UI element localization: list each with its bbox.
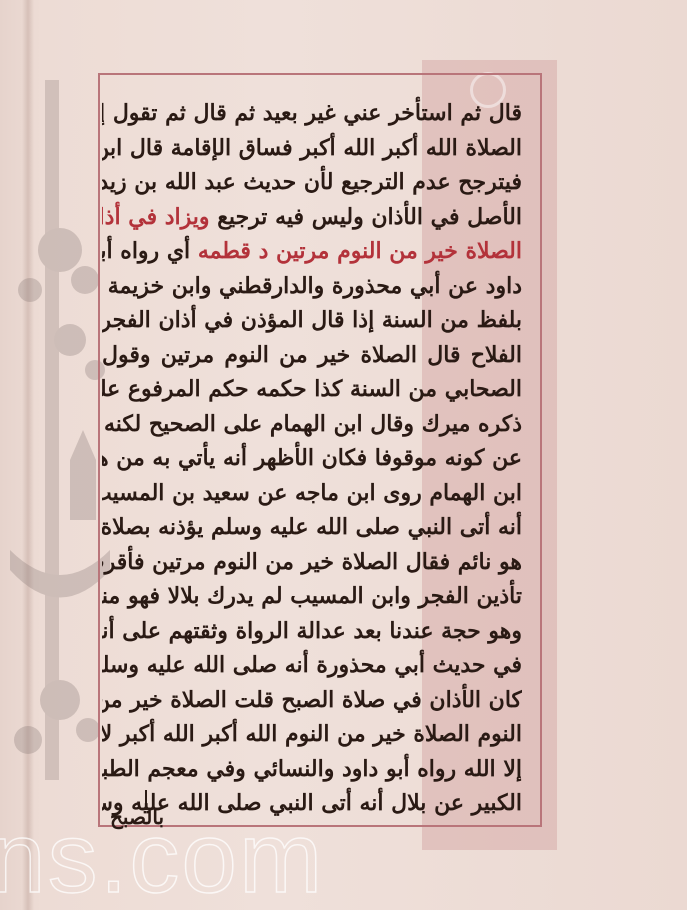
text-line-4-main: الأصل في الأذان وليس فيه ترجيع bbox=[217, 204, 522, 230]
text-line-9: الصحابي من السنة كذا حكمه حكم المرفوع عل… bbox=[102, 372, 522, 407]
text-line-10: ذكره ميرك وقال ابن الهمام على الصحيح لكن… bbox=[102, 407, 522, 442]
text-line-2: الصلاة الله أكبر الله أكبر فساق الإقامة … bbox=[102, 131, 522, 166]
text-line-13: أنه أتى النبي صلى الله عليه وسلم يؤذنه ب… bbox=[102, 510, 522, 545]
text-line-4: الأصل في الأذان وليس فيه ترجيع ويزاد في … bbox=[102, 200, 522, 235]
text-line-5-tail: أي رواه أبو bbox=[102, 238, 190, 264]
text-line-7: بلفظ من السنة إذا قال المؤذن في أذان الف… bbox=[102, 303, 522, 338]
text-line-12: ابن الهمام روى ابن ماجه عن سعيد بن المسي… bbox=[102, 476, 522, 511]
text-line-1: قال ثم استأخر عني غير بعيد ثم قال ثم تقو… bbox=[102, 96, 522, 131]
background-mosque-motif-icon bbox=[0, 80, 110, 780]
manuscript-page: قال ثم استأخر عني غير بعيد ثم قال ثم تقو… bbox=[0, 0, 687, 910]
text-line-4-rubric: ويزاد في أذان الصبح bbox=[102, 204, 210, 230]
text-line-11: عن كونه موقوفا فكان الأظهر أنه يأتي به م… bbox=[102, 441, 522, 476]
text-line-3: فيترجح عدم الترجيع لأن حديث عبد الله بن … bbox=[102, 165, 522, 200]
watermark-text: ns.com bbox=[0, 808, 324, 908]
text-line-6: داود عن أبي محذورة والدارقطني وابن خزيمة… bbox=[102, 269, 522, 304]
text-line-15: تأذين الفجر وابن المسيب لم يدرك بلالا فه… bbox=[102, 579, 522, 614]
text-line-8: الفلاح قال الصلاة خير من النوم مرتين وقو… bbox=[102, 338, 522, 373]
manuscript-text-block: قال ثم استأخر عني غير بعيد ثم قال ثم تقو… bbox=[102, 96, 522, 821]
text-line-18: كان الأذان في صلاة الصبح قلت الصلاة خير … bbox=[102, 683, 522, 718]
text-line-16: وهو حجة عندنا بعد عدالة الرواة وثقتهم عل… bbox=[102, 614, 522, 649]
text-line-5: الصلاة خير من النوم مرتين د قطمه أي رواه… bbox=[102, 234, 522, 269]
text-line-5-rubric: الصلاة خير من النوم مرتين د قطمه bbox=[198, 238, 522, 264]
text-line-19: النوم الصلاة خير من النوم الله أكبر الله… bbox=[102, 717, 522, 752]
text-line-20: إلا الله رواه أبو داود والنسائي وفي معجم… bbox=[102, 752, 522, 787]
text-line-17: في حديث أبي محذورة أنه صلى الله عليه وسل… bbox=[102, 648, 522, 683]
text-line-14: هو نائم فقال الصلاة خير من النوم مرتين ف… bbox=[102, 545, 522, 580]
